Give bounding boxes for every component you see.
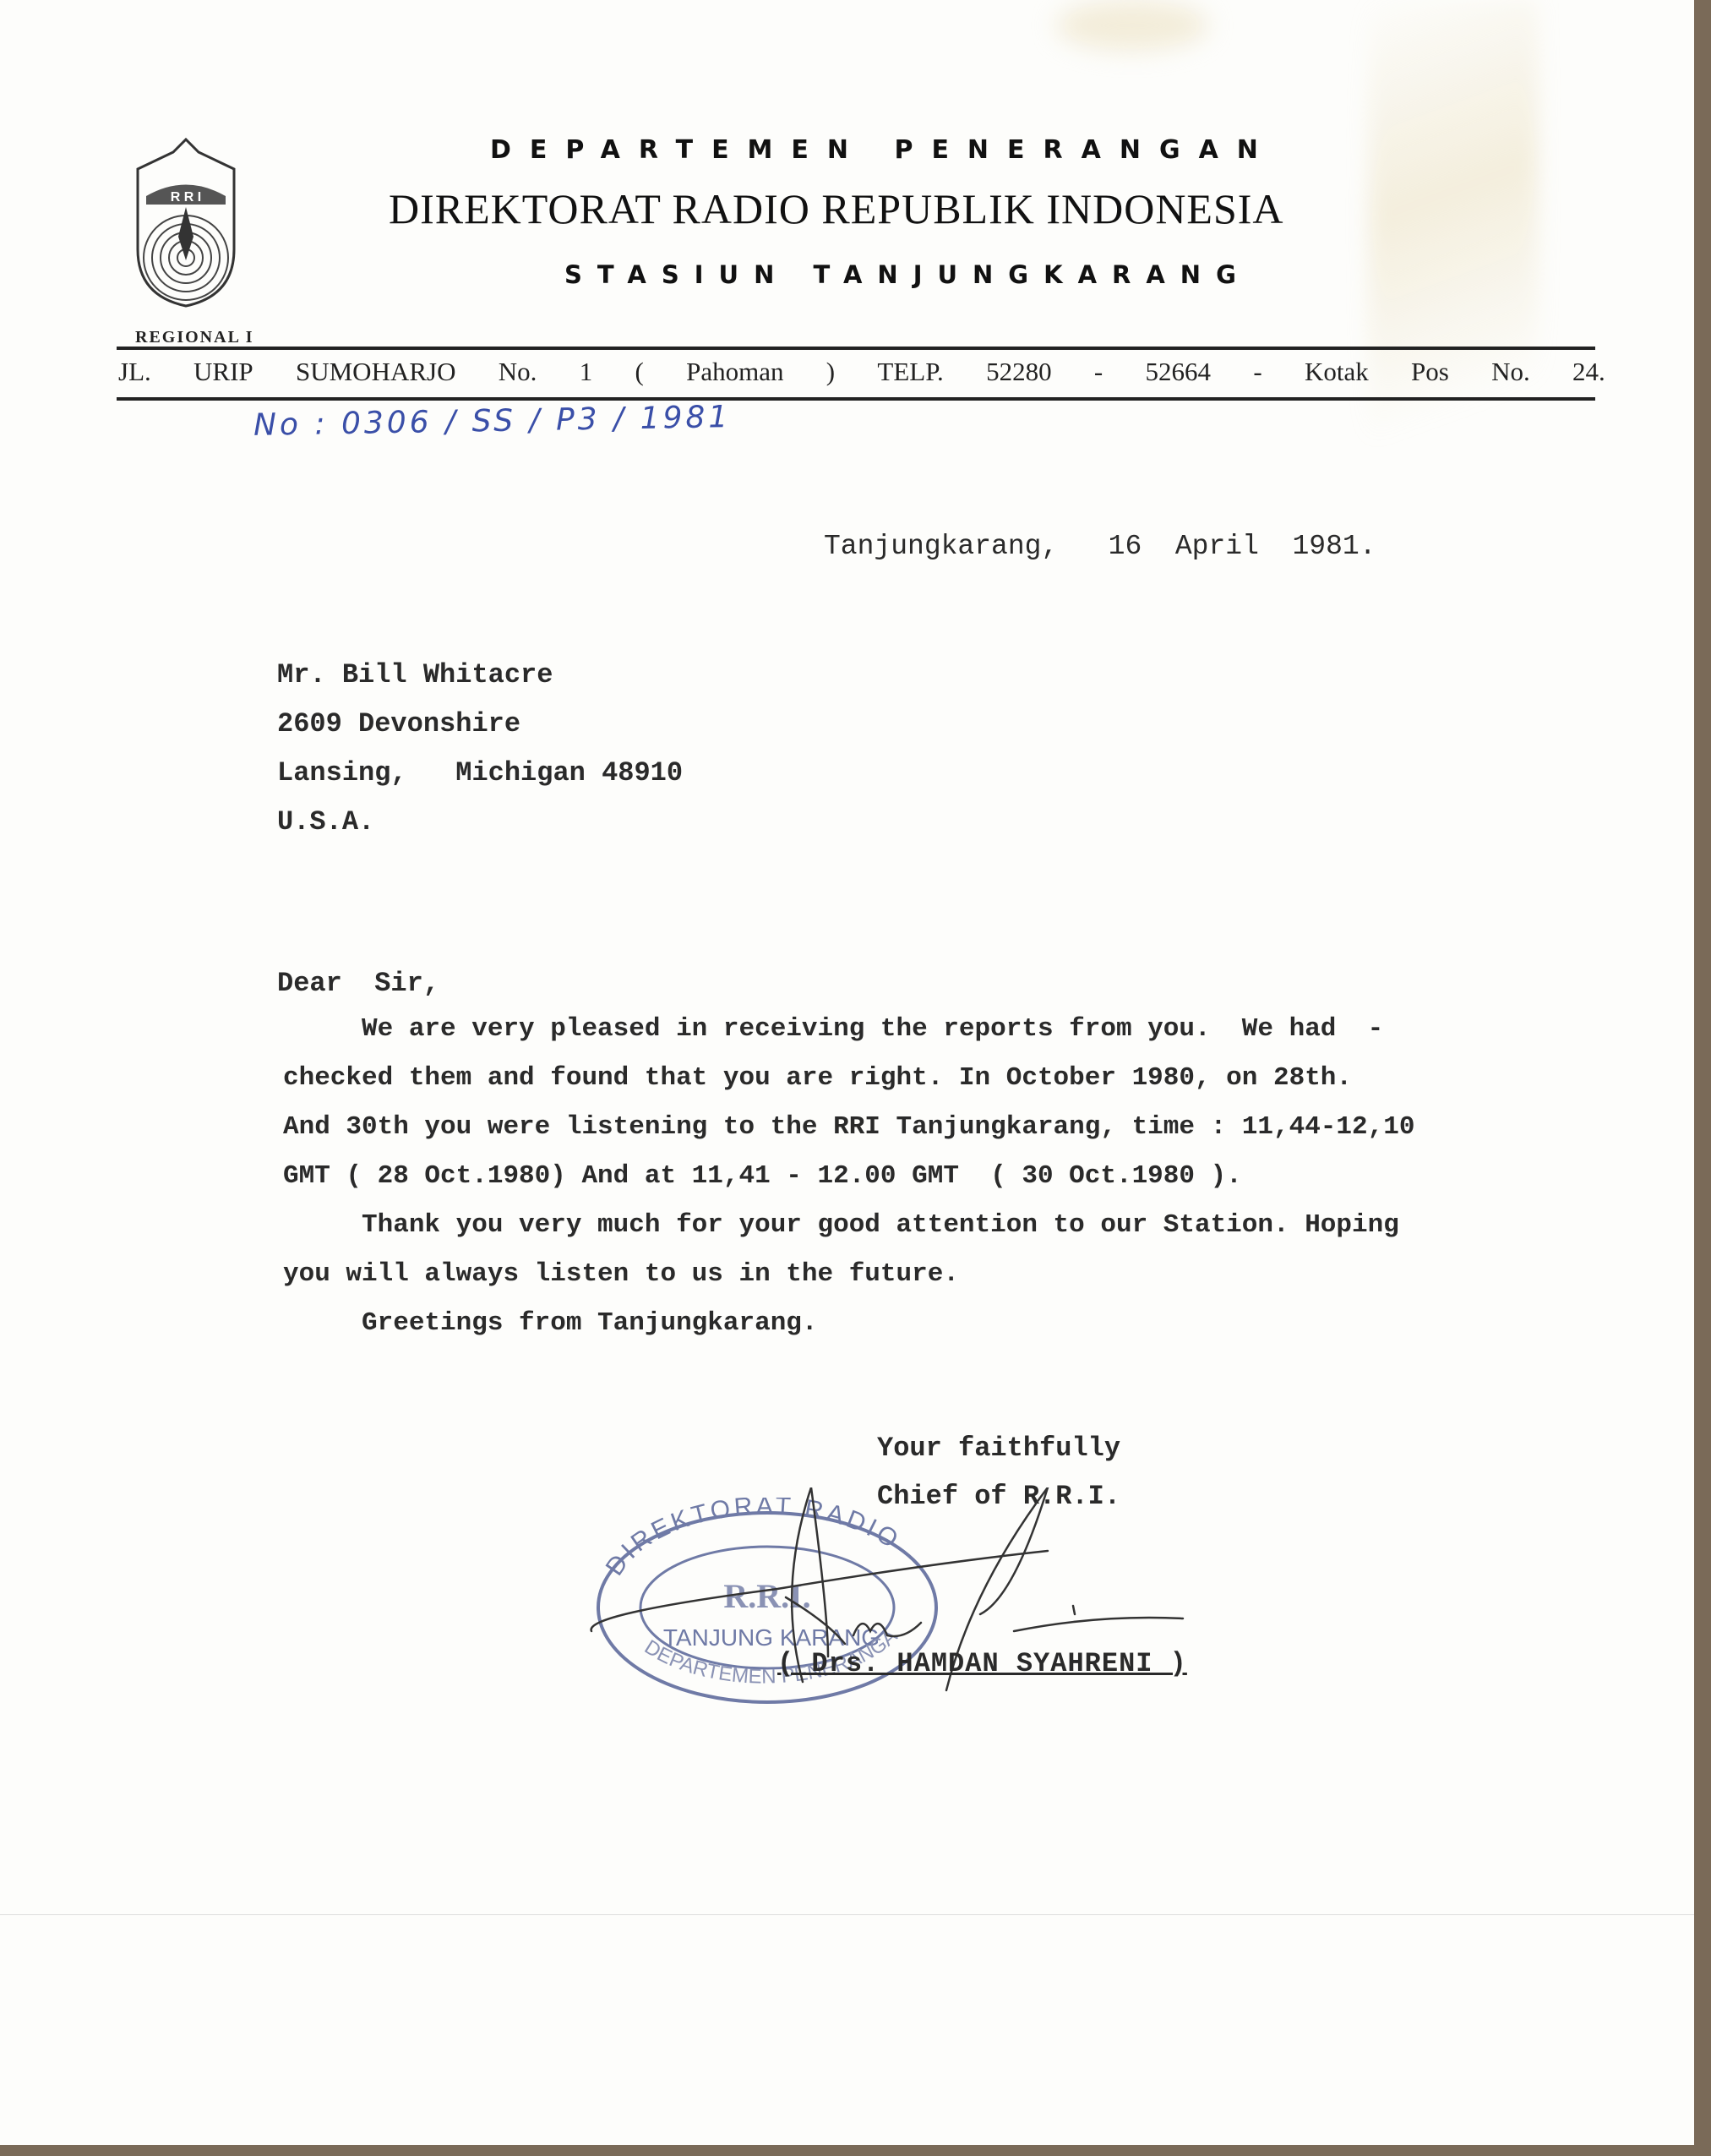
region-label: REGIONAL I xyxy=(135,328,254,347)
recipient-street: 2609 Devonshire xyxy=(277,708,520,740)
directorate-heading: DIREKTORAT RADIO REPUBLIK INDONESIA xyxy=(389,184,1284,233)
address-part: 52664 xyxy=(1146,357,1212,387)
address-part: ( xyxy=(635,357,644,387)
date-line: Tanjungkarang, 16 April 1981. xyxy=(824,531,1376,562)
address-part: 24. xyxy=(1572,357,1605,387)
address-part: ) xyxy=(826,357,835,387)
recipient-country: U.S.A. xyxy=(277,806,374,838)
address-part: JL. xyxy=(118,357,151,387)
address-part: - xyxy=(1253,357,1261,387)
department-heading: DEPARTEMEN PENERANGAN xyxy=(490,135,1277,165)
paper-fold-crease xyxy=(0,1914,1694,1915)
address-part: TELP. xyxy=(877,357,943,387)
address-part: Pos xyxy=(1411,357,1449,387)
body-line: you will always listen to us in the futu… xyxy=(283,1259,959,1289)
address-part: SUMOHARJO xyxy=(296,357,455,387)
address-part: No. xyxy=(1491,357,1530,387)
recipient-city: Lansing, Michigan 48910 xyxy=(277,757,683,789)
salutation: Dear Sir, xyxy=(277,968,439,999)
body-line: Greetings from Tanjungkarang. xyxy=(283,1308,818,1338)
letter-page: R R I REGIONAL I DEPARTEMEN PENERANGAN D… xyxy=(0,0,1694,2145)
reference-number-handwritten: No : 0306 / SS / P3 / 1981 xyxy=(253,400,732,443)
station-heading: STASIUN TANJUNGKARANG xyxy=(564,260,1251,289)
address-part: URIP xyxy=(193,357,253,387)
address-part: Pahoman xyxy=(686,357,783,387)
svg-text:R R I: R R I xyxy=(171,190,201,205)
rri-shield-emblem-icon: R R I xyxy=(131,135,241,308)
body-line: Thank you very much for your good attent… xyxy=(283,1210,1399,1240)
header-rule-bottom xyxy=(117,397,1595,401)
signatory-name: ( Drs. HAMDAN SYAHRENI ) xyxy=(777,1648,1187,1679)
water-stain xyxy=(1369,0,1538,676)
address-part: No. xyxy=(499,357,537,387)
water-stain xyxy=(1056,0,1208,51)
body-line: checked them and found that you are righ… xyxy=(283,1063,1352,1093)
address-part: 52280 xyxy=(986,357,1052,387)
address-part: Kotak xyxy=(1305,357,1369,387)
address-line: JL.URIPSUMOHARJONo.1(Pahoman)TELP.52280-… xyxy=(118,357,1605,387)
body-line: And 30th you were listening to the RRI T… xyxy=(283,1112,1414,1142)
header-rule-top xyxy=(117,347,1595,350)
closing-line: Your faithfully xyxy=(877,1433,1120,1464)
body-line: We are very pleased in receiving the rep… xyxy=(283,1014,1383,1044)
body-line: GMT ( 28 Oct.1980) And at 11,41 - 12.00 … xyxy=(283,1161,1242,1191)
recipient-name: Mr. Bill Whitacre xyxy=(277,659,553,690)
address-part: 1 xyxy=(580,357,593,387)
address-part: - xyxy=(1094,357,1103,387)
